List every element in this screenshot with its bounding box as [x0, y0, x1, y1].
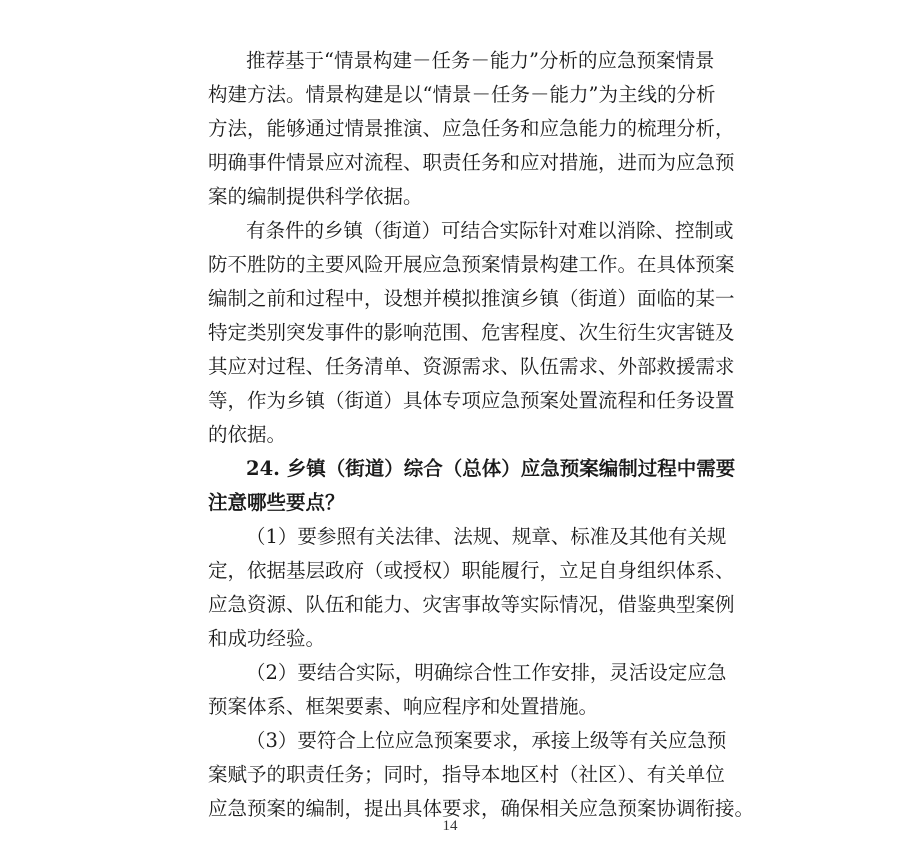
question-heading-line-2: 注意哪些要点？	[208, 488, 690, 518]
point-2-line-2: 预案体系、框架要素、响应程序和处置措施。	[208, 692, 690, 722]
paragraph-1-line-1: 推荐基于“情景构建－任务－能力”分析的应急预案情景	[246, 46, 690, 76]
paragraph-2-line-4: 特定类别突发事件的影响范围、危害程度、次生衍生灾害链及	[208, 318, 690, 348]
point-3-line-2: 案赋予的职责任务；同时，指导本地区村（社区）、有关单位	[208, 760, 690, 790]
paragraph-2-line-3: 编制之前和过程中，设想并模拟推演乡镇（街道）面临的某一	[208, 284, 690, 314]
point-2-line-1: （2）要结合实际，明确综合性工作安排，灵活设定应急	[246, 658, 690, 688]
paragraph-1-line-2: 构建方法。情景构建是以“情景－任务－能力”为主线的分析	[208, 80, 690, 110]
paragraph-2-line-5: 其应对过程、任务清单、资源需求、队伍需求、外部救援需求	[208, 352, 690, 382]
point-1-line-2: 定，依据基层政府（或授权）职能履行，立足自身组织体系、	[208, 556, 690, 586]
paragraph-2-line-1: 有条件的乡镇（街道）可结合实际针对难以消除、控制或	[246, 216, 690, 246]
paragraph-1-line-5: 案的编制提供科学依据。	[208, 182, 690, 212]
point-3-line-1: （3）要符合上位应急预案要求，承接上级等有关应急预	[246, 726, 690, 756]
point-1-line-3: 应急资源、队伍和能力、灾害事故等实际情况，借鉴典型案例	[208, 590, 690, 620]
question-heading-line-1: 24. 乡镇（街道）综合（总体）应急预案编制过程中需要	[246, 454, 690, 484]
point-1-line-1: （1）要参照有关法律、法规、规章、标准及其他有关规	[246, 522, 690, 552]
paragraph-1-line-4: 明确事件情景应对流程、职责任务和应对措施，进而为应急预	[208, 148, 690, 178]
paragraph-2-line-6: 等，作为乡镇（街道）具体专项应急预案处置流程和任务设置	[208, 386, 690, 416]
paragraph-1-line-3: 方法，能够通过情景推演、应急任务和应急能力的梳理分析，	[208, 114, 690, 144]
paragraph-2-line-7: 的依据。	[208, 420, 690, 450]
point-1-line-4: 和成功经验。	[208, 624, 690, 654]
paragraph-2-line-2: 防不胜防的主要风险开展应急预案情景构建工作。在具体预案	[208, 250, 690, 280]
page-number: 14	[0, 818, 900, 835]
document-page: 推荐基于“情景构建－任务－能力”分析的应急预案情景 构建方法。情景构建是以“情景…	[0, 0, 900, 857]
